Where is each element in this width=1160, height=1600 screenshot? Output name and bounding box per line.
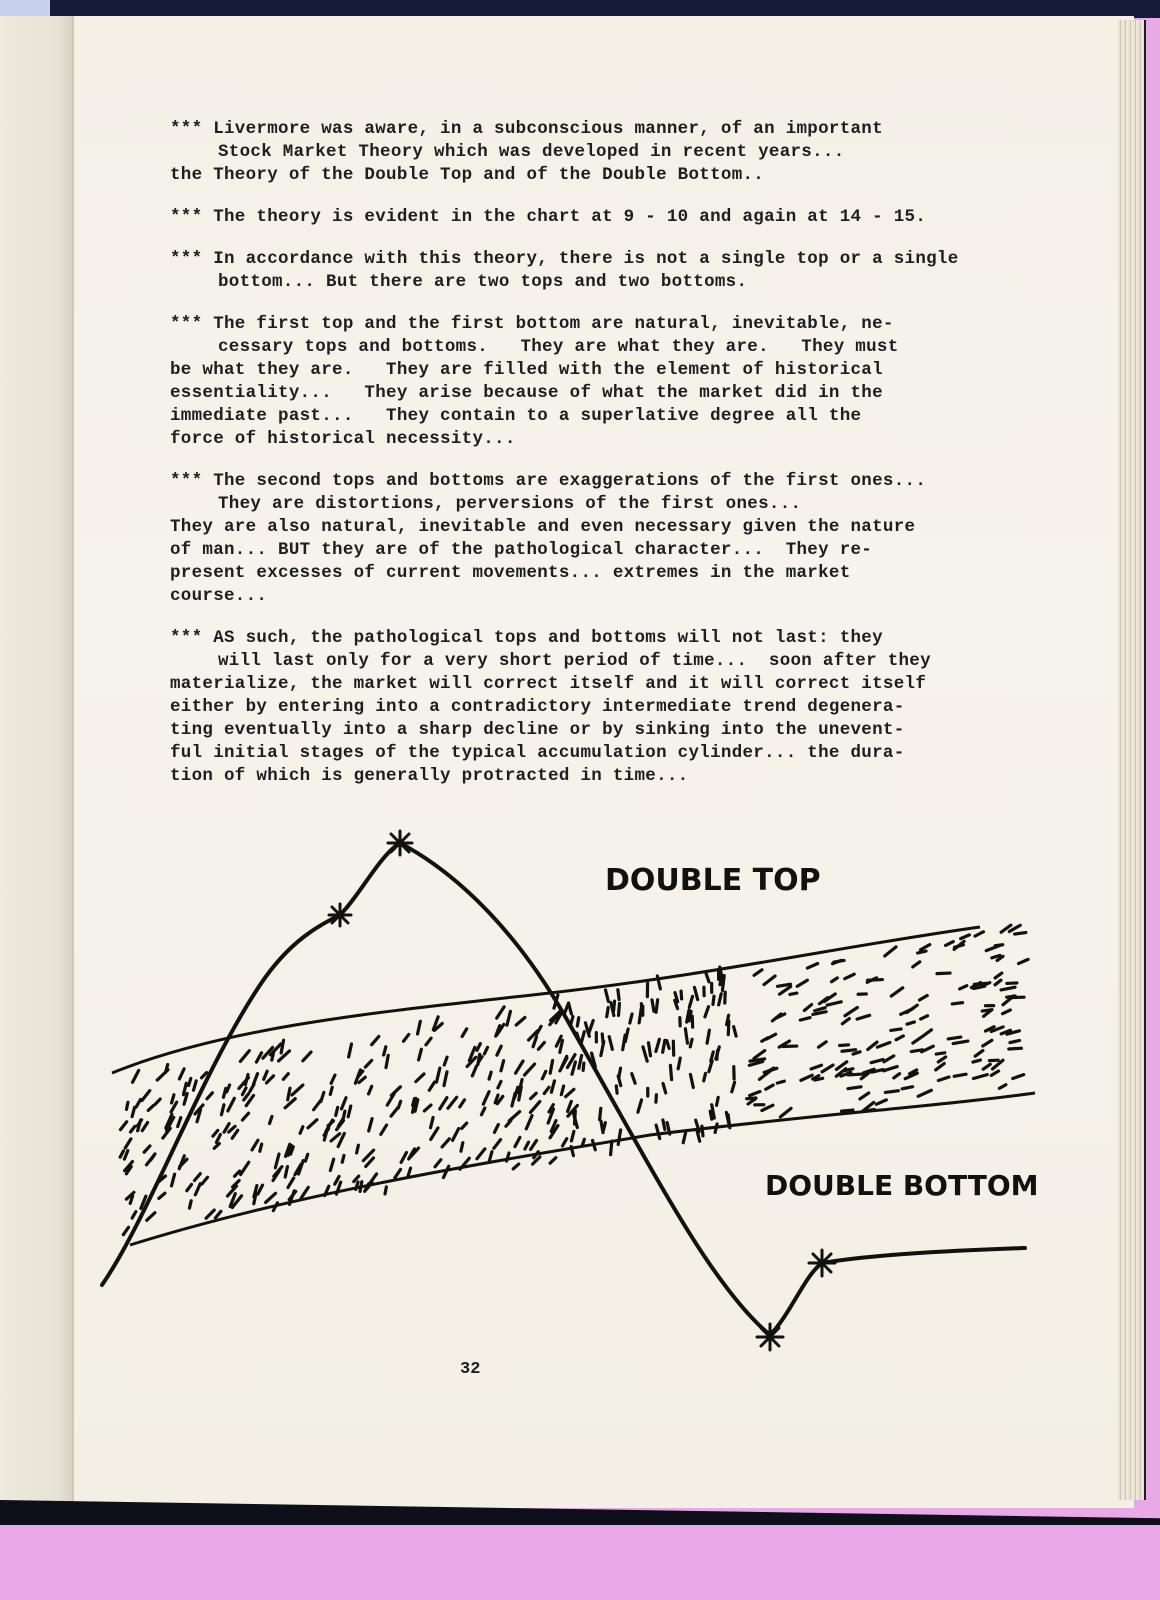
text-line: of man... BUT they are of the pathologic… xyxy=(170,539,1070,562)
text-line: the Theory of the Double Top and of the … xyxy=(170,164,1070,187)
text-line: Stock Market Theory which was developed … xyxy=(170,141,1070,164)
cover-corner xyxy=(0,0,50,16)
text-line: course... xyxy=(170,585,1070,608)
text-line: essentiality... They arise because of wh… xyxy=(170,382,1070,405)
text-line: force of historical necessity... xyxy=(170,428,1070,451)
text-line: present excesses of current movements...… xyxy=(170,562,1070,585)
paragraph: *** The second tops and bottoms are exag… xyxy=(170,470,1070,608)
paragraph: *** In accordance with this theory, ther… xyxy=(170,248,1070,294)
paragraph: *** AS such, the pathological tops and b… xyxy=(170,627,1070,788)
background-surface xyxy=(0,1525,1160,1600)
text-line: will last only for a very short period o… xyxy=(170,650,1070,673)
text-line: materialize, the market will correct its… xyxy=(170,673,1070,696)
text-line: *** AS such, the pathological tops and b… xyxy=(170,627,1070,650)
label-double-bottom: DOUBLE BOTTOM xyxy=(765,1169,1039,1202)
text-line: They are distortions, perversions of the… xyxy=(170,493,1070,516)
text-line: *** Livermore was aware, in a subconscio… xyxy=(170,118,1070,141)
text-line: *** In accordance with this theory, ther… xyxy=(170,248,1070,271)
text-line: ting eventually into a sharp decline or … xyxy=(170,719,1070,742)
left-page-leaf xyxy=(0,16,72,1506)
paragraph: *** The first top and the first bottom a… xyxy=(170,313,1070,451)
text-line: *** The theory is evident in the chart a… xyxy=(170,206,1070,229)
text-line: either by entering into a contradictory … xyxy=(170,696,1070,719)
paragraph: *** The theory is evident in the chart a… xyxy=(170,206,1070,229)
typewritten-text: *** Livermore was aware, in a subconscio… xyxy=(170,118,1070,807)
text-line: be what they are. They are filled with t… xyxy=(170,359,1070,382)
text-line: tion of which is generally protracted in… xyxy=(170,765,1070,788)
text-line: bottom... But there are two tops and two… xyxy=(170,271,1070,294)
double-top-bottom-sketch: DOUBLE TOP DOUBLE BOTTOM xyxy=(90,815,1070,1375)
page-number: 32 xyxy=(460,1360,480,1379)
paragraph: *** Livermore was aware, in a subconscio… xyxy=(170,118,1070,187)
label-double-top: DOUBLE TOP xyxy=(605,863,821,898)
text-line: *** The second tops and bottoms are exag… xyxy=(170,470,1070,493)
text-line: cessary tops and bottoms. They are what … xyxy=(170,336,1070,359)
text-line: *** The first top and the first bottom a… xyxy=(170,313,1070,336)
text-line: immediate past... They contain to a supe… xyxy=(170,405,1070,428)
page-edges xyxy=(1118,20,1146,1500)
text-line: They are also natural, inevitable and ev… xyxy=(170,516,1070,539)
text-line: ful initial stages of the typical accumu… xyxy=(170,742,1070,765)
